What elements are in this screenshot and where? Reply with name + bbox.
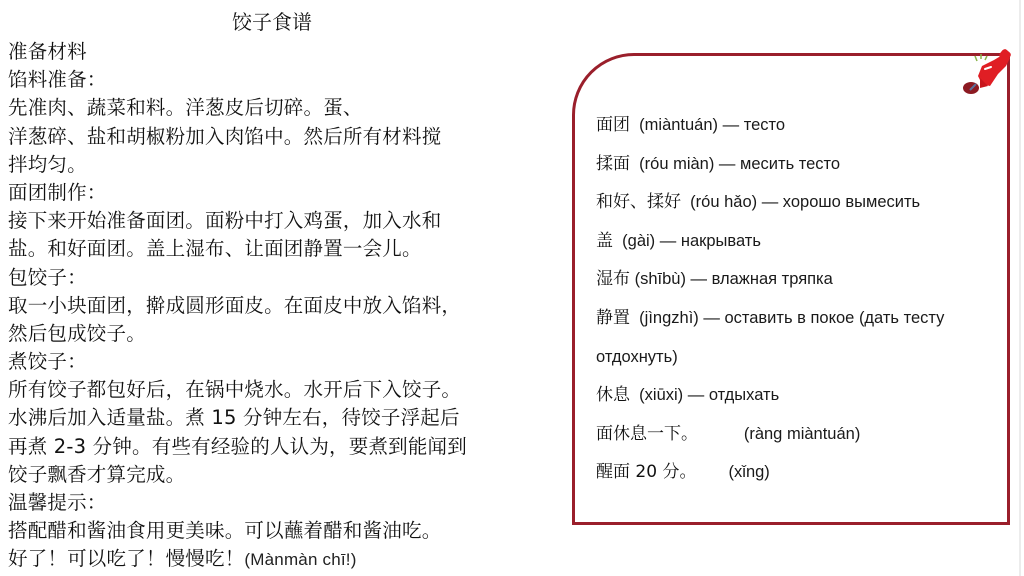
vocab-translation: (shībù) — влажная тряпка: [630, 270, 833, 288]
recipe-line: 馅料准备：: [8, 66, 568, 94]
vocab-chinese: 揉面: [596, 154, 630, 174]
vocab-item: 盖 (gài) — накрывать: [596, 222, 1006, 261]
vocab-chinese: 静置: [596, 308, 630, 328]
vocab-translation: (xiūxi) — отдыхать: [630, 386, 779, 404]
recipe-text-line: 接下来开始准备面团。面粉中打入鸡蛋，加入水和: [8, 209, 441, 232]
vocab-chinese: 湿布: [596, 269, 630, 289]
vocab-chinese: 醒面 20 分。: [596, 462, 696, 482]
recipe-line: 饺子飘香才算完成。: [8, 461, 568, 489]
recipe-line: 然后包成饺子。: [8, 320, 568, 348]
vocab-translation: (ràng miàntuán): [698, 425, 860, 443]
vocabulary-list: 面团 (miàntuán) — тесто 揉面 (róu miàn) — ме…: [596, 106, 1006, 492]
recipe-line: 好了！可以吃了！慢慢吃！(Mànmàn chī!): [8, 545, 568, 573]
vocab-item: 揉面 (róu miàn) — месить тесто: [596, 145, 1006, 184]
vocab-chinese: 和好、揉好: [596, 192, 681, 212]
recipe-line: 再煮 2-3 分钟。有些有经验的人认为，要煮到能闻到: [8, 433, 568, 461]
vocab-chinese: 面团: [596, 115, 630, 135]
page-edge-divider: [1019, 0, 1021, 576]
recipe-text-line: 拌均匀。: [8, 153, 87, 176]
recipe-line: 面团制作：: [8, 179, 568, 207]
recipe-line: 洋葱碎、盐和胡椒粉加入肉馅中。然后所有材料搅: [8, 123, 568, 151]
vocab-translation: (gài) — накрывать: [613, 232, 761, 250]
vocab-chinese: 休息: [596, 385, 630, 405]
recipe-line: 先准肉、蔬菜和料。洋葱皮后切碎。蛋、: [8, 94, 568, 122]
vocab-item: 静置 (jìngzhì) — оставить в покое (дать те…: [596, 299, 1006, 338]
recipe-text-line: 所有饺子都包好后，在锅中烧水。水开后下入饺子。: [8, 378, 461, 401]
vocab-item: 休息 (xiūxi) — отдыхать: [596, 376, 1006, 415]
recipe-text-line: 好了！可以吃了！慢慢吃！: [8, 547, 244, 570]
recipe-text-line: 搭配醋和酱油食用更美味。可以蘸着醋和酱油吃。: [8, 519, 441, 542]
recipe-text: 准备材料 馅料准备： 先准肉、蔬菜和料。洋葱皮后切碎。蛋、 洋葱碎、盐和胡椒粉加…: [8, 38, 568, 574]
recipe-line: 取一小块面团，擀成圆形面皮。在面皮中放入馅料，: [8, 292, 568, 320]
recipe-line: 搭配醋和酱油食用更美味。可以蘸着醋和酱油吃。: [8, 517, 568, 545]
section-heading-wrapping: 包饺子：: [8, 266, 87, 289]
vocab-chinese: 面休息一下。: [596, 424, 698, 444]
vocab-item: 面休息一下。 (ràng miàntuán): [596, 415, 1006, 454]
vocab-translation: (róu hǎo) — хорошо вымесить: [681, 193, 920, 211]
pushpin-icon: [958, 48, 1014, 100]
recipe-text-line: 再煮 2-3 分钟。有些有经验的人认为，要煮到能闻到: [8, 435, 467, 458]
pinyin-annotation: (Mànmàn chī!): [244, 550, 356, 569]
recipe-text-line: 先准肉、蔬菜和料。洋葱皮后切碎。蛋、: [8, 96, 363, 119]
vocab-chinese: 盖: [596, 231, 613, 251]
recipe-text-line: 盐。和好面团。盖上湿布、让面团静置一会儿。: [8, 237, 422, 260]
recipe-line: 水沸后加入适量盐。煮 15 分钟左右，待饺子浮起后: [8, 404, 568, 432]
section-heading-boiling: 煮饺子：: [8, 350, 87, 373]
vocab-translation: отдохнуть): [596, 348, 678, 366]
recipe-line: 拌均匀。: [8, 151, 568, 179]
vocab-item: 醒面 20 分。 (xǐng): [596, 453, 1006, 492]
section-heading-filling: 馅料准备：: [8, 68, 107, 91]
vocab-item: 和好、揉好 (róu hǎo) — хорошо вымесить: [596, 183, 1006, 222]
vocab-item: 湿布 (shībù) — влажная тряпка: [596, 260, 1006, 299]
vocab-translation: (xǐng): [696, 463, 769, 481]
recipe-text-line: 然后包成饺子。: [8, 322, 146, 345]
recipe-line: 煮饺子：: [8, 348, 568, 376]
vocab-translation: (miàntuán) — тесто: [630, 116, 785, 134]
recipe-line: 包饺子：: [8, 264, 568, 292]
section-heading-tips: 温馨提示：: [8, 491, 107, 514]
vocab-item-continuation: отдохнуть): [596, 338, 1006, 377]
vocab-translation: (róu miàn) — месить тесто: [630, 155, 840, 173]
page-title: 饺子食谱: [232, 8, 312, 36]
recipe-text-line: 取一小块面团，擀成圆形面皮。在面皮中放入馅料，: [8, 294, 461, 317]
vocab-item: 面团 (miàntuán) — тесто: [596, 106, 1006, 145]
recipe-line: 接下来开始准备面团。面粉中打入鸡蛋，加入水和: [8, 207, 568, 235]
vocab-translation: (jìngzhì) — оставить в покое (дать тесту: [630, 309, 944, 327]
section-heading-ingredients: 准备材料: [8, 40, 87, 63]
recipe-text-line: 水沸后加入适量盐。煮 15 分钟左右，待饺子浮起后: [8, 406, 460, 429]
recipe-line: 所有饺子都包好后，在锅中烧水。水开后下入饺子。: [8, 376, 568, 404]
recipe-line: 准备材料: [8, 38, 568, 66]
recipe-text-line: 饺子飘香才算完成。: [8, 463, 185, 486]
recipe-line: 盐。和好面团。盖上湿布、让面团静置一会儿。: [8, 235, 568, 263]
recipe-text-line: 洋葱碎、盐和胡椒粉加入肉馅中。然后所有材料搅: [8, 125, 441, 148]
section-heading-dough: 面团制作：: [8, 181, 107, 204]
recipe-line: 温馨提示：: [8, 489, 568, 517]
